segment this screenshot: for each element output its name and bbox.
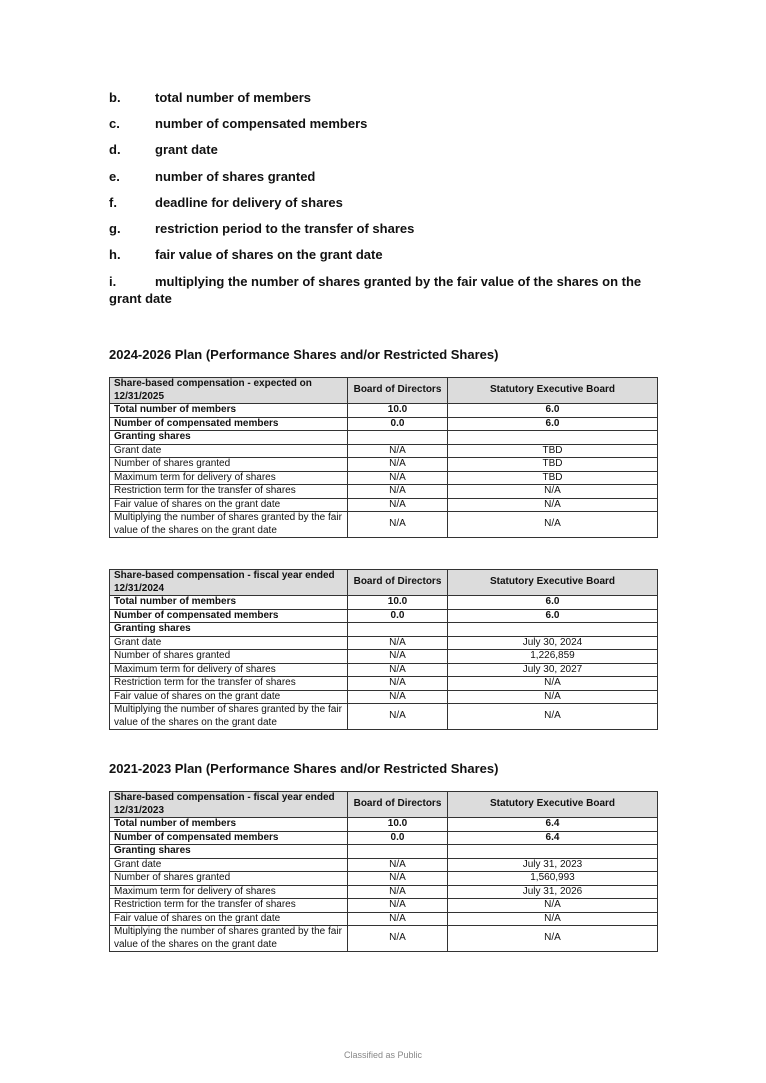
row-label: Granting shares — [110, 431, 348, 445]
board-value — [348, 623, 448, 637]
row-label: Total number of members — [110, 818, 348, 832]
board-value: N/A — [348, 444, 448, 458]
executive-value — [448, 623, 658, 637]
row-label: Fair value of shares on the grant date — [110, 690, 348, 704]
board-value: N/A — [348, 512, 448, 538]
criteria-list: b.total number of members c.number of co… — [109, 90, 649, 318]
list-item: h.fair value of shares on the grant date — [109, 247, 649, 263]
row-label: Number of shares granted — [110, 872, 348, 886]
row-label: Number of compensated members — [110, 609, 348, 623]
row-label: Maximum term for delivery of shares — [110, 885, 348, 899]
board-value: N/A — [348, 636, 448, 650]
executive-value: N/A — [448, 512, 658, 538]
table-row: Number of shares grantedN/A1,226,859 — [110, 650, 658, 664]
board-value: N/A — [348, 458, 448, 472]
table-row: Grant dateN/AJuly 31, 2023 — [110, 858, 658, 872]
executive-value: 6.0 — [448, 404, 658, 418]
executive-value: N/A — [448, 690, 658, 704]
list-text: deadline for delivery of shares — [155, 195, 343, 210]
list-marker: g. — [109, 221, 155, 237]
table-row: Total number of members10.06.4 — [110, 818, 658, 832]
executive-value: 1,226,859 — [448, 650, 658, 664]
board-value: N/A — [348, 899, 448, 913]
table-row: Fair value of shares on the grant dateN/… — [110, 498, 658, 512]
row-label: Granting shares — [110, 623, 348, 637]
list-text: fair value of shares on the grant date — [155, 247, 383, 262]
column-header-description: Share-based compensation - expected on 1… — [110, 378, 348, 404]
table-row: Fair value of shares on the grant dateN/… — [110, 690, 658, 704]
executive-value: TBD — [448, 471, 658, 485]
board-value: N/A — [348, 926, 448, 952]
table-row: Granting shares — [110, 623, 658, 637]
list-text: number of shares granted — [155, 169, 315, 184]
list-marker: i. — [109, 273, 155, 290]
row-label: Fair value of shares on the grant date — [110, 498, 348, 512]
executive-value: N/A — [448, 704, 658, 730]
list-text: restriction period to the transfer of sh… — [155, 221, 414, 236]
executive-value: 6.0 — [448, 596, 658, 610]
list-item: g.restriction period to the transfer of … — [109, 221, 649, 237]
board-value: N/A — [348, 704, 448, 730]
executive-value: TBD — [448, 458, 658, 472]
table-row: Number of compensated members0.06.4 — [110, 831, 658, 845]
table-row: Grant dateN/AJuly 30, 2024 — [110, 636, 658, 650]
row-label: Number of shares granted — [110, 458, 348, 472]
table-row: Maximum term for delivery of sharesN/ATB… — [110, 471, 658, 485]
row-label: Multiplying the number of shares granted… — [110, 512, 348, 538]
executive-value: 6.4 — [448, 831, 658, 845]
table-row: Total number of members10.06.0 — [110, 596, 658, 610]
table-row: Restriction term for the transfer of sha… — [110, 677, 658, 691]
executive-value — [448, 431, 658, 445]
column-header-executive-board: Statutory Executive Board — [448, 570, 658, 596]
list-item: f.deadline for delivery of shares — [109, 195, 649, 211]
row-label: Fair value of shares on the grant date — [110, 912, 348, 926]
row-label: Number of compensated members — [110, 831, 348, 845]
board-value: N/A — [348, 872, 448, 886]
board-value: 0.0 — [348, 831, 448, 845]
table-row: Multiplying the number of shares granted… — [110, 512, 658, 538]
table-row: Multiplying the number of shares granted… — [110, 704, 658, 730]
table-row: Restriction term for the transfer of sha… — [110, 899, 658, 913]
executive-value: N/A — [448, 498, 658, 512]
row-label: Granting shares — [110, 845, 348, 859]
section-title-2024-2026-plan: 2024-2026 Plan (Performance Shares and/o… — [109, 347, 498, 362]
column-header-board-of-directors: Board of Directors — [348, 570, 448, 596]
table-row: Total number of members10.06.0 — [110, 404, 658, 418]
executive-value — [448, 845, 658, 859]
board-value: 0.0 — [348, 609, 448, 623]
executive-value: 6.0 — [448, 417, 658, 431]
compensation-table-2023: Share-based compensation - fiscal year e… — [109, 791, 658, 952]
row-label: Maximum term for delivery of shares — [110, 663, 348, 677]
list-item: i.multiplying the number of shares grant… — [109, 273, 649, 307]
executive-value: N/A — [448, 677, 658, 691]
list-item: e.number of shares granted — [109, 169, 649, 185]
column-header-board-of-directors: Board of Directors — [348, 792, 448, 818]
board-value: N/A — [348, 471, 448, 485]
row-label: Restriction term for the transfer of sha… — [110, 899, 348, 913]
table-row: Granting shares — [110, 845, 658, 859]
list-text: multiplying the number of shares granted… — [109, 274, 641, 306]
executive-value: TBD — [448, 444, 658, 458]
table-row: Number of compensated members0.06.0 — [110, 609, 658, 623]
executive-value: July 31, 2023 — [448, 858, 658, 872]
list-item: d.grant date — [109, 142, 649, 158]
executive-value: July 31, 2026 — [448, 885, 658, 899]
table-row: Fair value of shares on the grant dateN/… — [110, 912, 658, 926]
board-value: N/A — [348, 677, 448, 691]
list-text: total number of members — [155, 90, 311, 105]
table-row: Number of shares grantedN/ATBD — [110, 458, 658, 472]
executive-value: 6.4 — [448, 818, 658, 832]
list-marker: b. — [109, 90, 155, 106]
table-row: Maximum term for delivery of sharesN/AJu… — [110, 885, 658, 899]
executive-value: July 30, 2027 — [448, 663, 658, 677]
list-text: grant date — [155, 142, 218, 157]
column-header-executive-board: Statutory Executive Board — [448, 378, 658, 404]
executive-value: N/A — [448, 926, 658, 952]
row-label: Number of shares granted — [110, 650, 348, 664]
board-value — [348, 431, 448, 445]
list-marker: c. — [109, 116, 155, 132]
row-label: Grant date — [110, 858, 348, 872]
row-label: Multiplying the number of shares granted… — [110, 704, 348, 730]
board-value — [348, 845, 448, 859]
executive-value: N/A — [448, 899, 658, 913]
board-value: 10.0 — [348, 596, 448, 610]
section-title-2021-2023-plan: 2021-2023 Plan (Performance Shares and/o… — [109, 761, 498, 776]
executive-value: N/A — [448, 485, 658, 499]
table-row: Number of compensated members0.06.0 — [110, 417, 658, 431]
board-value: N/A — [348, 912, 448, 926]
compensation-table-2025: Share-based compensation - expected on 1… — [109, 377, 658, 538]
classification-footer: Classified as Public — [0, 1050, 766, 1060]
compensation-table-2024: Share-based compensation - fiscal year e… — [109, 569, 658, 730]
row-label: Total number of members — [110, 596, 348, 610]
table-row: Restriction term for the transfer of sha… — [110, 485, 658, 499]
board-value: N/A — [348, 858, 448, 872]
executive-value: 6.0 — [448, 609, 658, 623]
list-text: number of compensated members — [155, 116, 367, 131]
executive-value: 1,560,993 — [448, 872, 658, 886]
executive-value: July 30, 2024 — [448, 636, 658, 650]
board-value: N/A — [348, 663, 448, 677]
table-row: Grant dateN/ATBD — [110, 444, 658, 458]
list-marker: f. — [109, 195, 155, 211]
list-item: b.total number of members — [109, 90, 649, 106]
row-label: Number of compensated members — [110, 417, 348, 431]
executive-value: N/A — [448, 912, 658, 926]
list-marker: d. — [109, 142, 155, 158]
table-row: Granting shares — [110, 431, 658, 445]
row-label: Grant date — [110, 444, 348, 458]
list-marker: e. — [109, 169, 155, 185]
table-row: Maximum term for delivery of sharesN/AJu… — [110, 663, 658, 677]
column-header-executive-board: Statutory Executive Board — [448, 792, 658, 818]
board-value: N/A — [348, 885, 448, 899]
board-value: 10.0 — [348, 404, 448, 418]
board-value: 10.0 — [348, 818, 448, 832]
row-label: Restriction term for the transfer of sha… — [110, 485, 348, 499]
table-row: Number of shares grantedN/A1,560,993 — [110, 872, 658, 886]
row-label: Restriction term for the transfer of sha… — [110, 677, 348, 691]
table-row: Multiplying the number of shares granted… — [110, 926, 658, 952]
column-header-description: Share-based compensation - fiscal year e… — [110, 570, 348, 596]
row-label: Grant date — [110, 636, 348, 650]
list-marker: h. — [109, 247, 155, 263]
row-label: Maximum term for delivery of shares — [110, 471, 348, 485]
board-value: N/A — [348, 650, 448, 664]
row-label: Total number of members — [110, 404, 348, 418]
row-label: Multiplying the number of shares granted… — [110, 926, 348, 952]
column-header-board-of-directors: Board of Directors — [348, 378, 448, 404]
board-value: N/A — [348, 485, 448, 499]
list-item: c.number of compensated members — [109, 116, 649, 132]
board-value: 0.0 — [348, 417, 448, 431]
board-value: N/A — [348, 498, 448, 512]
board-value: N/A — [348, 690, 448, 704]
column-header-description: Share-based compensation - fiscal year e… — [110, 792, 348, 818]
